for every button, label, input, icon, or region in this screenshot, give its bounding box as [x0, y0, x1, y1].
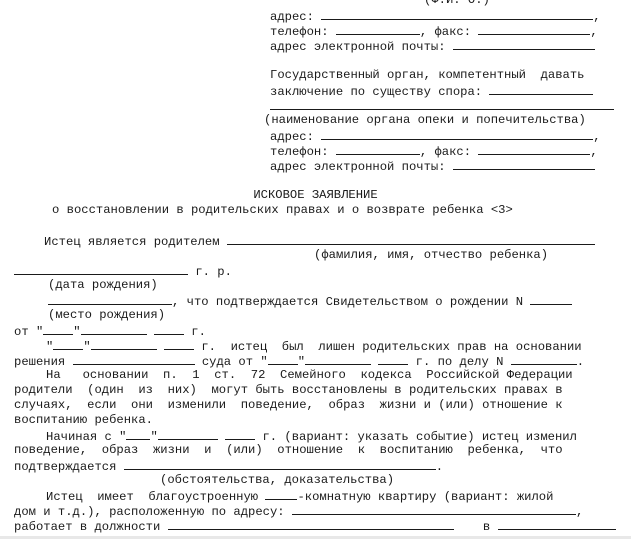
authority-phone-field[interactable] [336, 143, 420, 155]
authority-name-field[interactable] [270, 98, 614, 110]
authority-fax-field[interactable] [478, 143, 590, 155]
court-name-field[interactable] [73, 353, 195, 365]
birth-date-row: г. р. [14, 263, 232, 278]
plaintiff-email-row: адрес электронной почты: [270, 38, 595, 53]
child-name-field[interactable] [227, 233, 595, 245]
job-row: работает в должности в [14, 518, 616, 533]
plaintiff-address-row: адрес: , [270, 8, 601, 23]
rooms-field[interactable] [265, 488, 297, 500]
since-day-field[interactable] [126, 428, 150, 440]
address-label: адрес: [270, 10, 314, 24]
certificate-number-field[interactable] [530, 293, 572, 305]
since-year-field[interactable] [225, 428, 255, 440]
behavior-line: поведение, образ жизни и (или) отношение… [14, 443, 563, 458]
birth-place-field[interactable] [48, 293, 172, 305]
authority-address-field[interactable] [321, 128, 593, 140]
law-line-4: воспитанию ребенка. [14, 413, 153, 428]
deprivation-row: "" г. истец был лишен родительских прав … [46, 338, 582, 353]
authority-email-field[interactable] [453, 158, 595, 170]
law-line-1: На основании п. 1 ст. 72 Семейного кодек… [46, 368, 573, 383]
document-subtitle: о восстановлении в родительских правах и… [52, 203, 513, 218]
plaintiff-address-field[interactable] [321, 8, 593, 20]
decision-year-field[interactable] [378, 353, 408, 365]
certificate-row: , что подтверждается Свидетельством о ро… [48, 293, 572, 308]
birth-date-caption: (дата рождения) [48, 278, 158, 293]
authority-line-2: заключение по существу спора: [270, 83, 593, 98]
evidence-caption: (обстоятельства, доказательства) [160, 473, 394, 488]
law-line-2: родители (один из них) могут быть восста… [14, 383, 563, 398]
authority-line-1: Государственный орган, компетентный дава… [270, 68, 585, 83]
deprivation-day-field[interactable] [53, 338, 83, 350]
apartment-row: Истец имеет благоустроенную -комнатную к… [46, 488, 553, 503]
birth-place-caption: (место рождения) [48, 308, 165, 323]
plaintiff-email-field[interactable] [453, 38, 595, 50]
authority-email-row: адрес электронной почты: [270, 158, 595, 173]
position-field[interactable] [168, 518, 454, 530]
fio-caption: (Ф.И. О.) [424, 0, 490, 8]
authority-caption: (наименование органа опеки и попечительс… [264, 113, 586, 128]
law-line-3: случаях, если они изменили поведение, об… [14, 398, 563, 413]
plaintiff-phone-field[interactable] [336, 23, 420, 35]
authority-address-row: адрес: , [270, 128, 601, 143]
certificate-year-field[interactable] [154, 323, 184, 335]
case-number-field[interactable] [511, 353, 577, 365]
confirmed-row: подтверждается . [14, 458, 443, 473]
birth-date-field[interactable] [14, 263, 188, 275]
decision-day-field[interactable] [268, 353, 298, 365]
authority-name-row [270, 98, 614, 113]
deprivation-month-field[interactable] [91, 338, 157, 350]
email-label: адрес электронной почты: [270, 40, 446, 54]
since-month-field[interactable] [158, 428, 218, 440]
certificate-date-row: от "" г. [14, 323, 206, 338]
phone-label: телефон: [270, 25, 329, 39]
employer-field[interactable] [498, 518, 616, 530]
authority-opinion-field[interactable] [489, 83, 593, 95]
child-name-caption: (фамилия, имя, отчество ребенка) [314, 248, 548, 263]
plaintiff-phone-row: телефон: , факс: , [270, 23, 598, 38]
decision-row: решения суда от "" г. по делу N . [14, 353, 584, 368]
certificate-day-field[interactable] [43, 323, 73, 335]
deprivation-year-field[interactable] [164, 338, 194, 350]
fax-label: , факс: [420, 25, 471, 39]
since-row: Начиная с "" г. (вариант: указать событи… [46, 428, 577, 443]
decision-month-field[interactable] [305, 353, 371, 365]
authority-phone-row: телефон: , факс: , [270, 143, 598, 158]
document-title: ИСКОВОЕ ЗАЯВЛЕНИЕ [0, 188, 631, 203]
certificate-month-field[interactable] [81, 323, 147, 335]
residence-address-field[interactable] [292, 503, 576, 515]
evidence-field[interactable] [124, 458, 436, 470]
address-row: дом и т.д.), расположенную по адресу: , [14, 503, 583, 518]
parent-row: Истец является родителем [44, 233, 595, 248]
plaintiff-fax-field[interactable] [478, 23, 590, 35]
